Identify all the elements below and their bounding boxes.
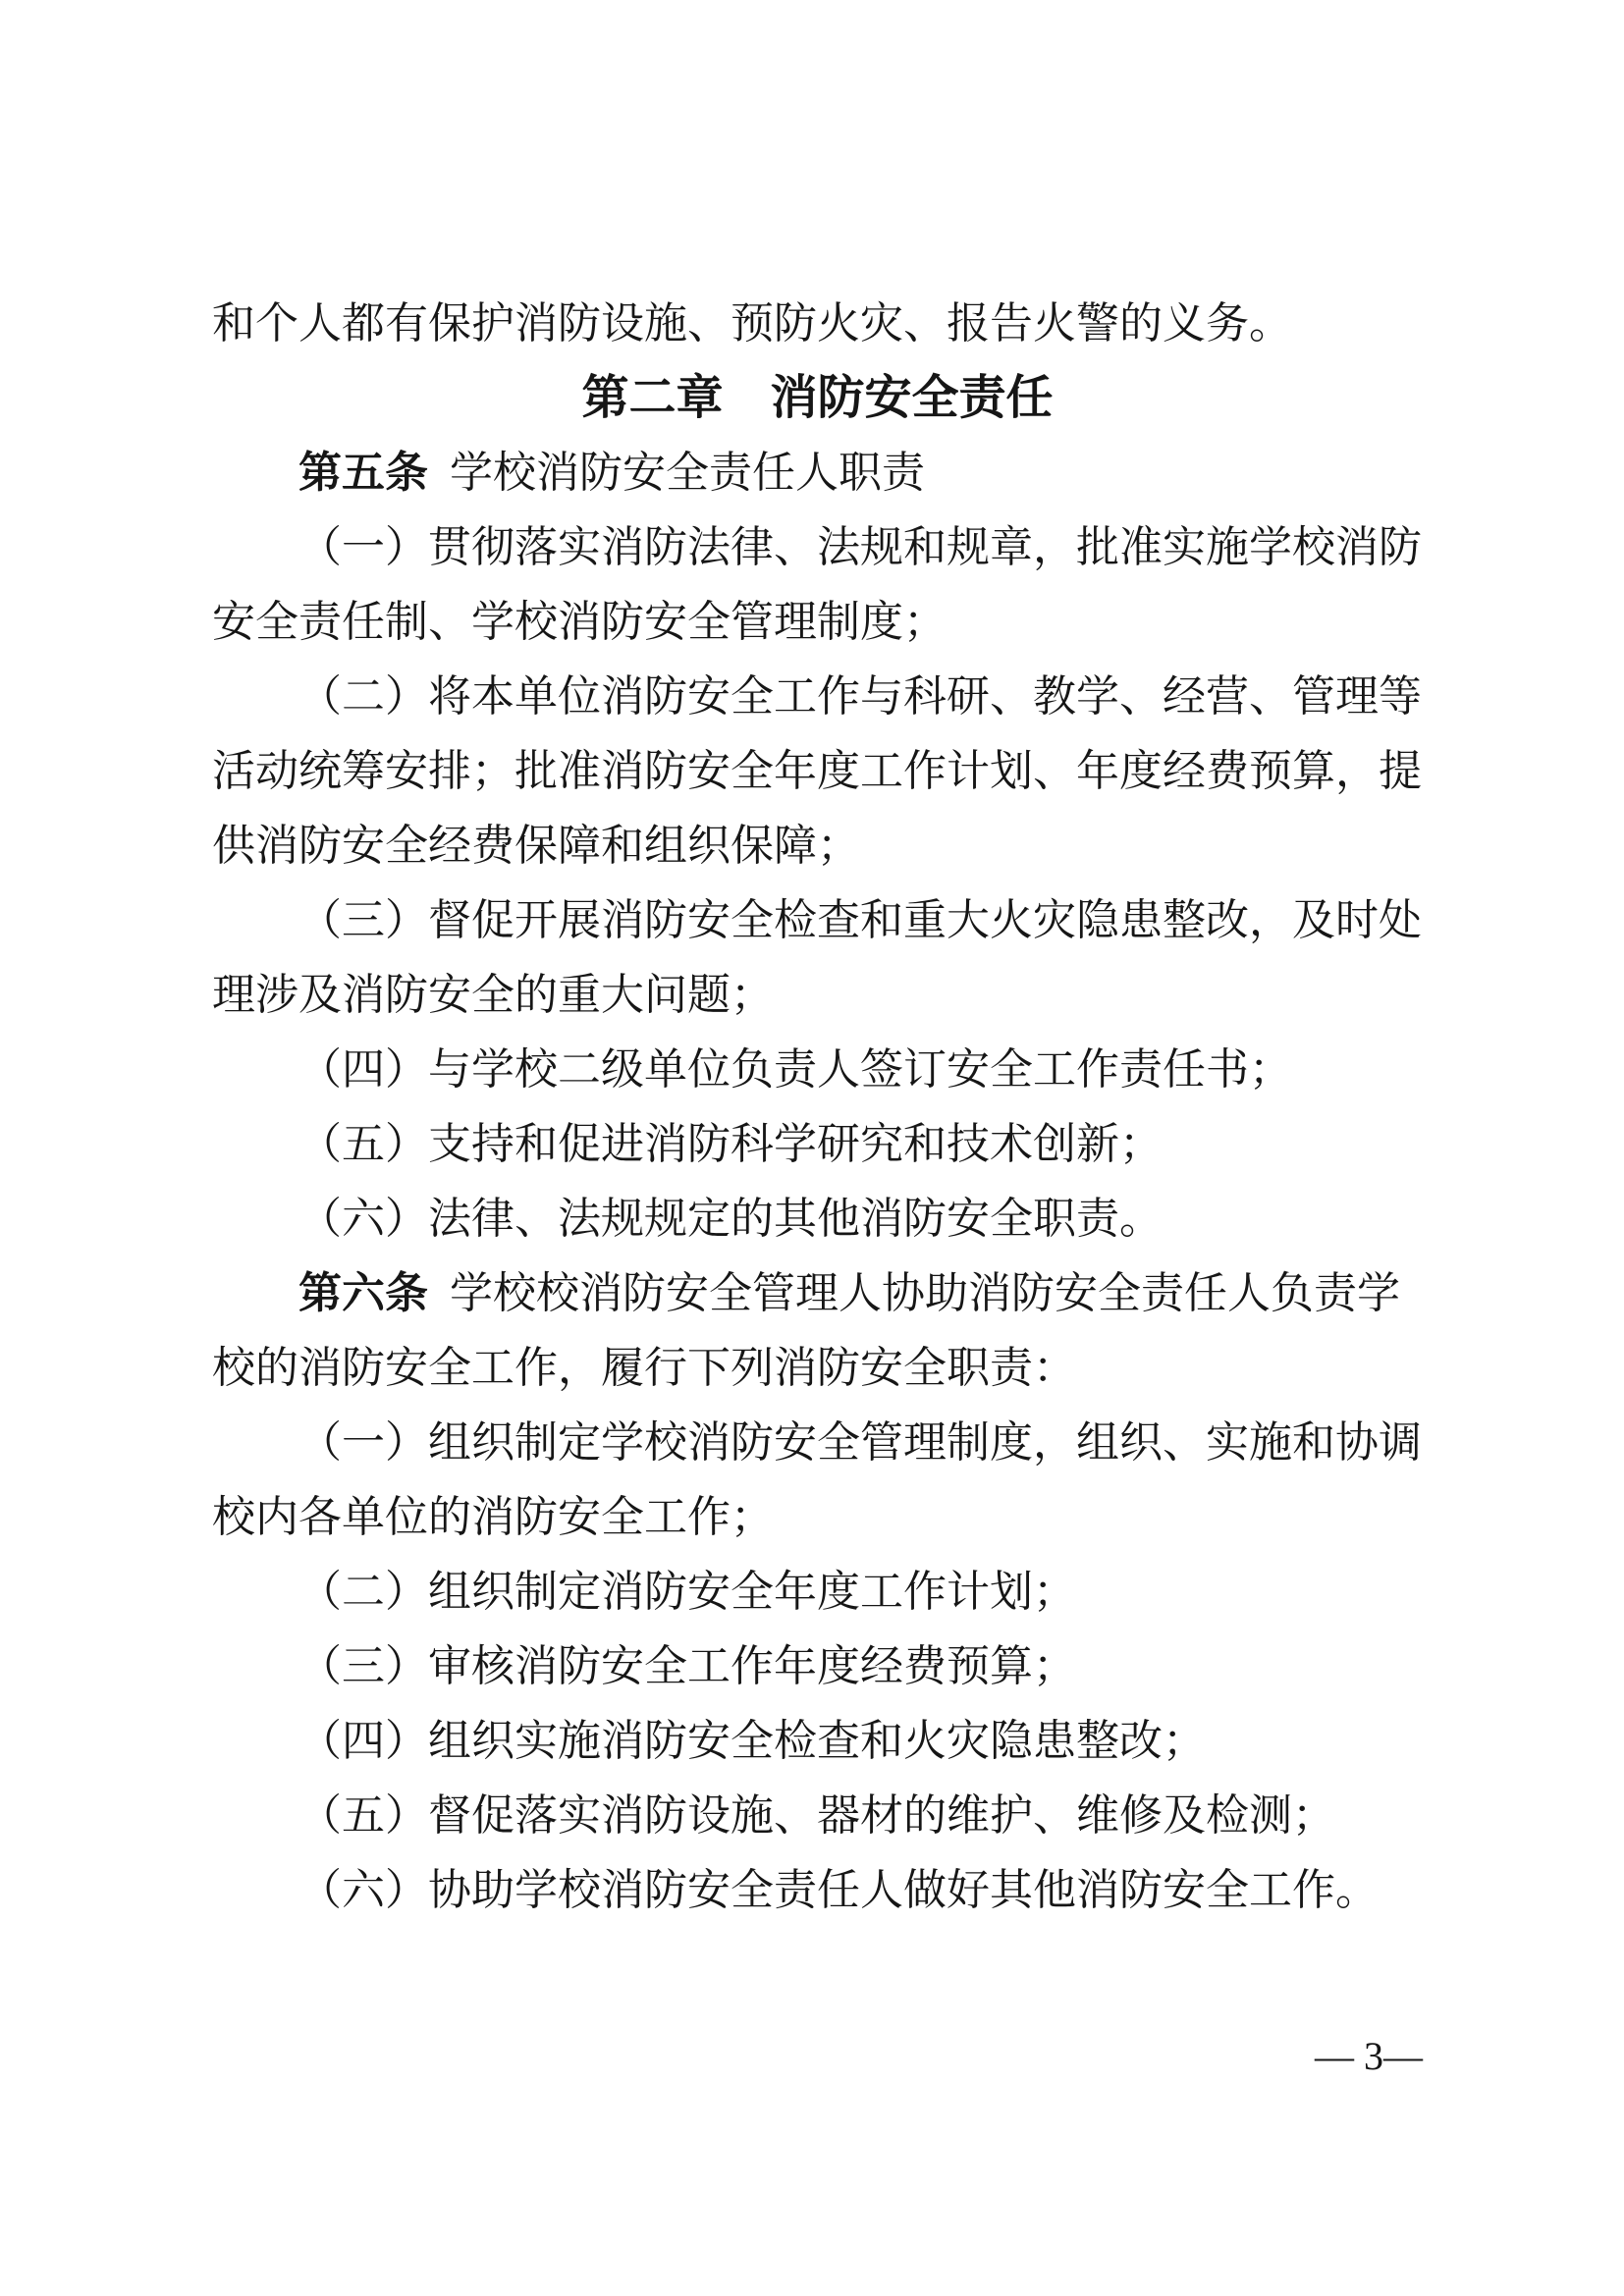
body-text-line: 理涉及消防安全的重大问题； — [212, 958, 1423, 1033]
list-item-line: （二）将本单位消防安全工作与科研、教学、经营、管理等 — [212, 660, 1423, 734]
list-item-line: （四）组织实施消防安全检查和火灾隐患整改； — [212, 1704, 1423, 1779]
list-item-line: （二）组织制定消防安全年度工作计划； — [212, 1555, 1423, 1629]
article-heading: 第六条学校校消防安全管理人协助消防安全责任人负责学 — [212, 1256, 1423, 1331]
article-number: 第五条 — [298, 449, 428, 497]
body-text-line: 校的消防安全工作，履行下列消防安全职责： — [212, 1331, 1423, 1406]
list-item-line: （一）组织制定学校消防安全管理制度，组织、实施和协调 — [212, 1406, 1423, 1480]
document-body: 和个人都有保护消防设施、预防火灾、报告火警的义务。 第二章 消防安全责任 第五条… — [212, 287, 1423, 1928]
list-item-line: （三）督促开展消防安全检查和重大火灾隐患整改，及时处 — [212, 883, 1423, 958]
body-text-line: 和个人都有保护消防设施、预防火灾、报告火警的义务。 — [212, 287, 1423, 361]
article-title: 学校校消防安全管理人协助消防安全责任人负责学 — [450, 1269, 1400, 1317]
body-text-line: 校内各单位的消防安全工作； — [212, 1480, 1423, 1555]
list-item-line: （一）贯彻落实消防法律、法规和规章，批准实施学校消防 — [212, 510, 1423, 585]
document-page: 和个人都有保护消防设施、预防火灾、报告火警的义务。 第二章 消防安全责任 第五条… — [0, 0, 1624, 2296]
article-title: 学校消防安全责任人职责 — [450, 449, 925, 497]
article-number: 第六条 — [298, 1269, 428, 1317]
chapter-heading: 第二章 消防安全责任 — [212, 361, 1423, 436]
list-item-line: （三）审核消防安全工作年度经费预算； — [212, 1629, 1423, 1704]
list-item-line: （六）法律、法规规定的其他消防安全职责。 — [212, 1182, 1423, 1256]
list-item-line: （五）支持和促进消防科学研究和技术创新； — [212, 1107, 1423, 1182]
list-item-line: （六）协助学校消防安全责任人做好其他消防安全工作。 — [212, 1853, 1423, 1928]
body-text-line: 供消防安全经费保障和组织保障； — [212, 809, 1423, 883]
body-text-line: 安全责任制、学校消防安全管理制度； — [212, 585, 1423, 660]
page-number: — 3— — [1315, 2029, 1423, 2084]
body-text-line: 活动统筹安排；批准消防安全年度工作计划、年度经费预算，提 — [212, 734, 1423, 809]
article-heading: 第五条学校消防安全责任人职责 — [212, 436, 1423, 510]
list-item-line: （四）与学校二级单位负责人签订安全工作责任书； — [212, 1033, 1423, 1107]
list-item-line: （五）督促落实消防设施、器材的维护、维修及检测； — [212, 1779, 1423, 1853]
